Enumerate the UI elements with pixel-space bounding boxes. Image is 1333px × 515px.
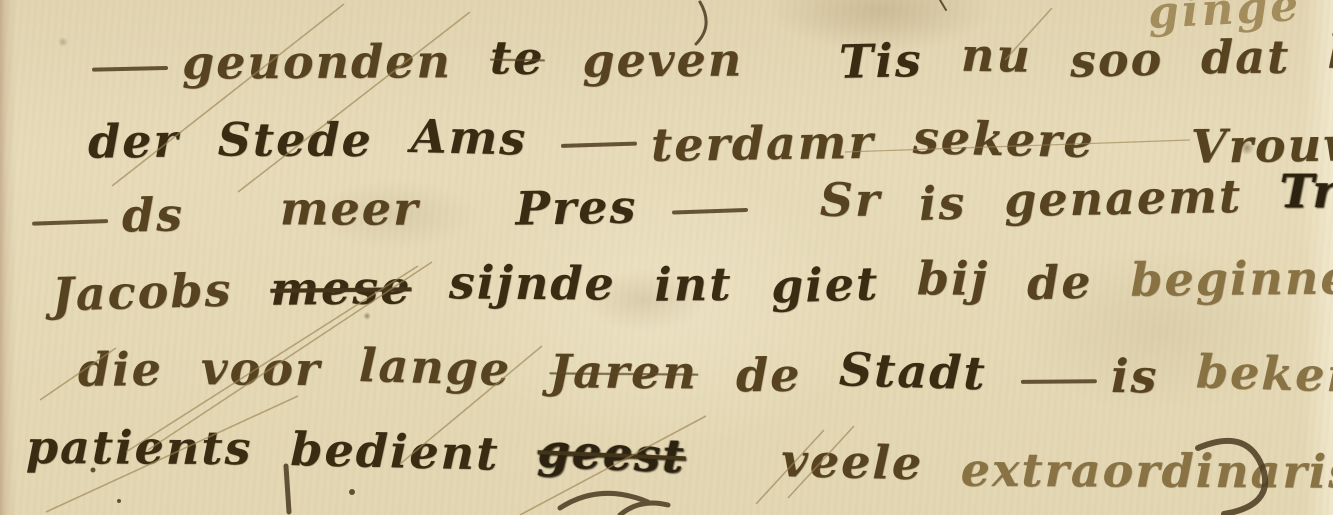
pen-dash [561, 142, 637, 148]
manuscript-line-5: dievoorlangeJarendeStadtisbekender [78, 344, 1333, 402]
word: geven [582, 37, 743, 84]
word: meer [280, 185, 420, 231]
pen-dash [92, 66, 168, 72]
word: mese [270, 264, 412, 311]
word: giet [770, 260, 879, 309]
word: ds [122, 191, 185, 238]
word: dat [1201, 34, 1290, 80]
word: bekender [1196, 348, 1333, 401]
word: Tis [839, 37, 924, 85]
pen-dash [1021, 379, 1097, 384]
word: Jacobs [51, 267, 233, 318]
ink-dot [349, 489, 355, 495]
letter-fragment [286, 466, 289, 512]
word: Stede [218, 116, 373, 163]
word: beginnegier [1130, 253, 1333, 302]
word: sekere [912, 114, 1095, 164]
word: extraordinaris [961, 447, 1333, 495]
word: Vrouwe [1190, 121, 1333, 170]
word: de [1026, 259, 1093, 307]
word: Stadt [839, 346, 988, 396]
word: die [78, 346, 163, 393]
word: Jaren [549, 348, 698, 395]
word: Sr [819, 177, 881, 223]
word: veele [781, 437, 924, 486]
ink-dot [117, 499, 121, 503]
word: lange [359, 342, 512, 392]
word: int [654, 261, 733, 308]
word: is [918, 179, 967, 227]
manuscript-line-4: Jacobsmesesijndeintgietbijdebeginnegier [52, 253, 1333, 314]
manuscript-page: ginge geuondentegevenTisnusoodatbinnen d… [0, 0, 1333, 515]
word: Pres [515, 184, 638, 232]
word: is [1111, 353, 1159, 399]
word: sijnde [449, 259, 616, 306]
word: genaemt [1004, 173, 1243, 223]
word: soo [1069, 36, 1163, 84]
word: voor [201, 345, 322, 392]
word: Ams [410, 113, 527, 162]
letter-fragment [940, 0, 946, 10]
word: der [88, 118, 180, 165]
word: bij [916, 255, 989, 302]
pen-dash [671, 208, 747, 215]
word: de [736, 352, 802, 399]
pen-dash [32, 219, 108, 226]
letter-fragment [560, 493, 648, 508]
word: binnen [1328, 29, 1333, 78]
word: Trijs [1280, 168, 1333, 214]
word: geest [537, 427, 687, 479]
manuscript-line-2: derStedeAmsterdamrsekereVrouwe [88, 116, 1333, 167]
word: geuonden [182, 38, 452, 85]
word: terdamr [651, 119, 875, 168]
word: te [490, 34, 545, 81]
word: patients [26, 424, 253, 471]
word: nu [961, 32, 1033, 79]
manuscript-line-3: dsmeerPresSrisgenaemtTrijs [36, 169, 1333, 240]
manuscript-line-1: geuondentegevenTisnusoodatbinnen [96, 32, 1333, 86]
word: bedient [290, 426, 500, 477]
manuscript-line-6: patientsbedientgeestveeleextraordinaris [25, 420, 1333, 497]
letter-fragment [620, 503, 668, 515]
